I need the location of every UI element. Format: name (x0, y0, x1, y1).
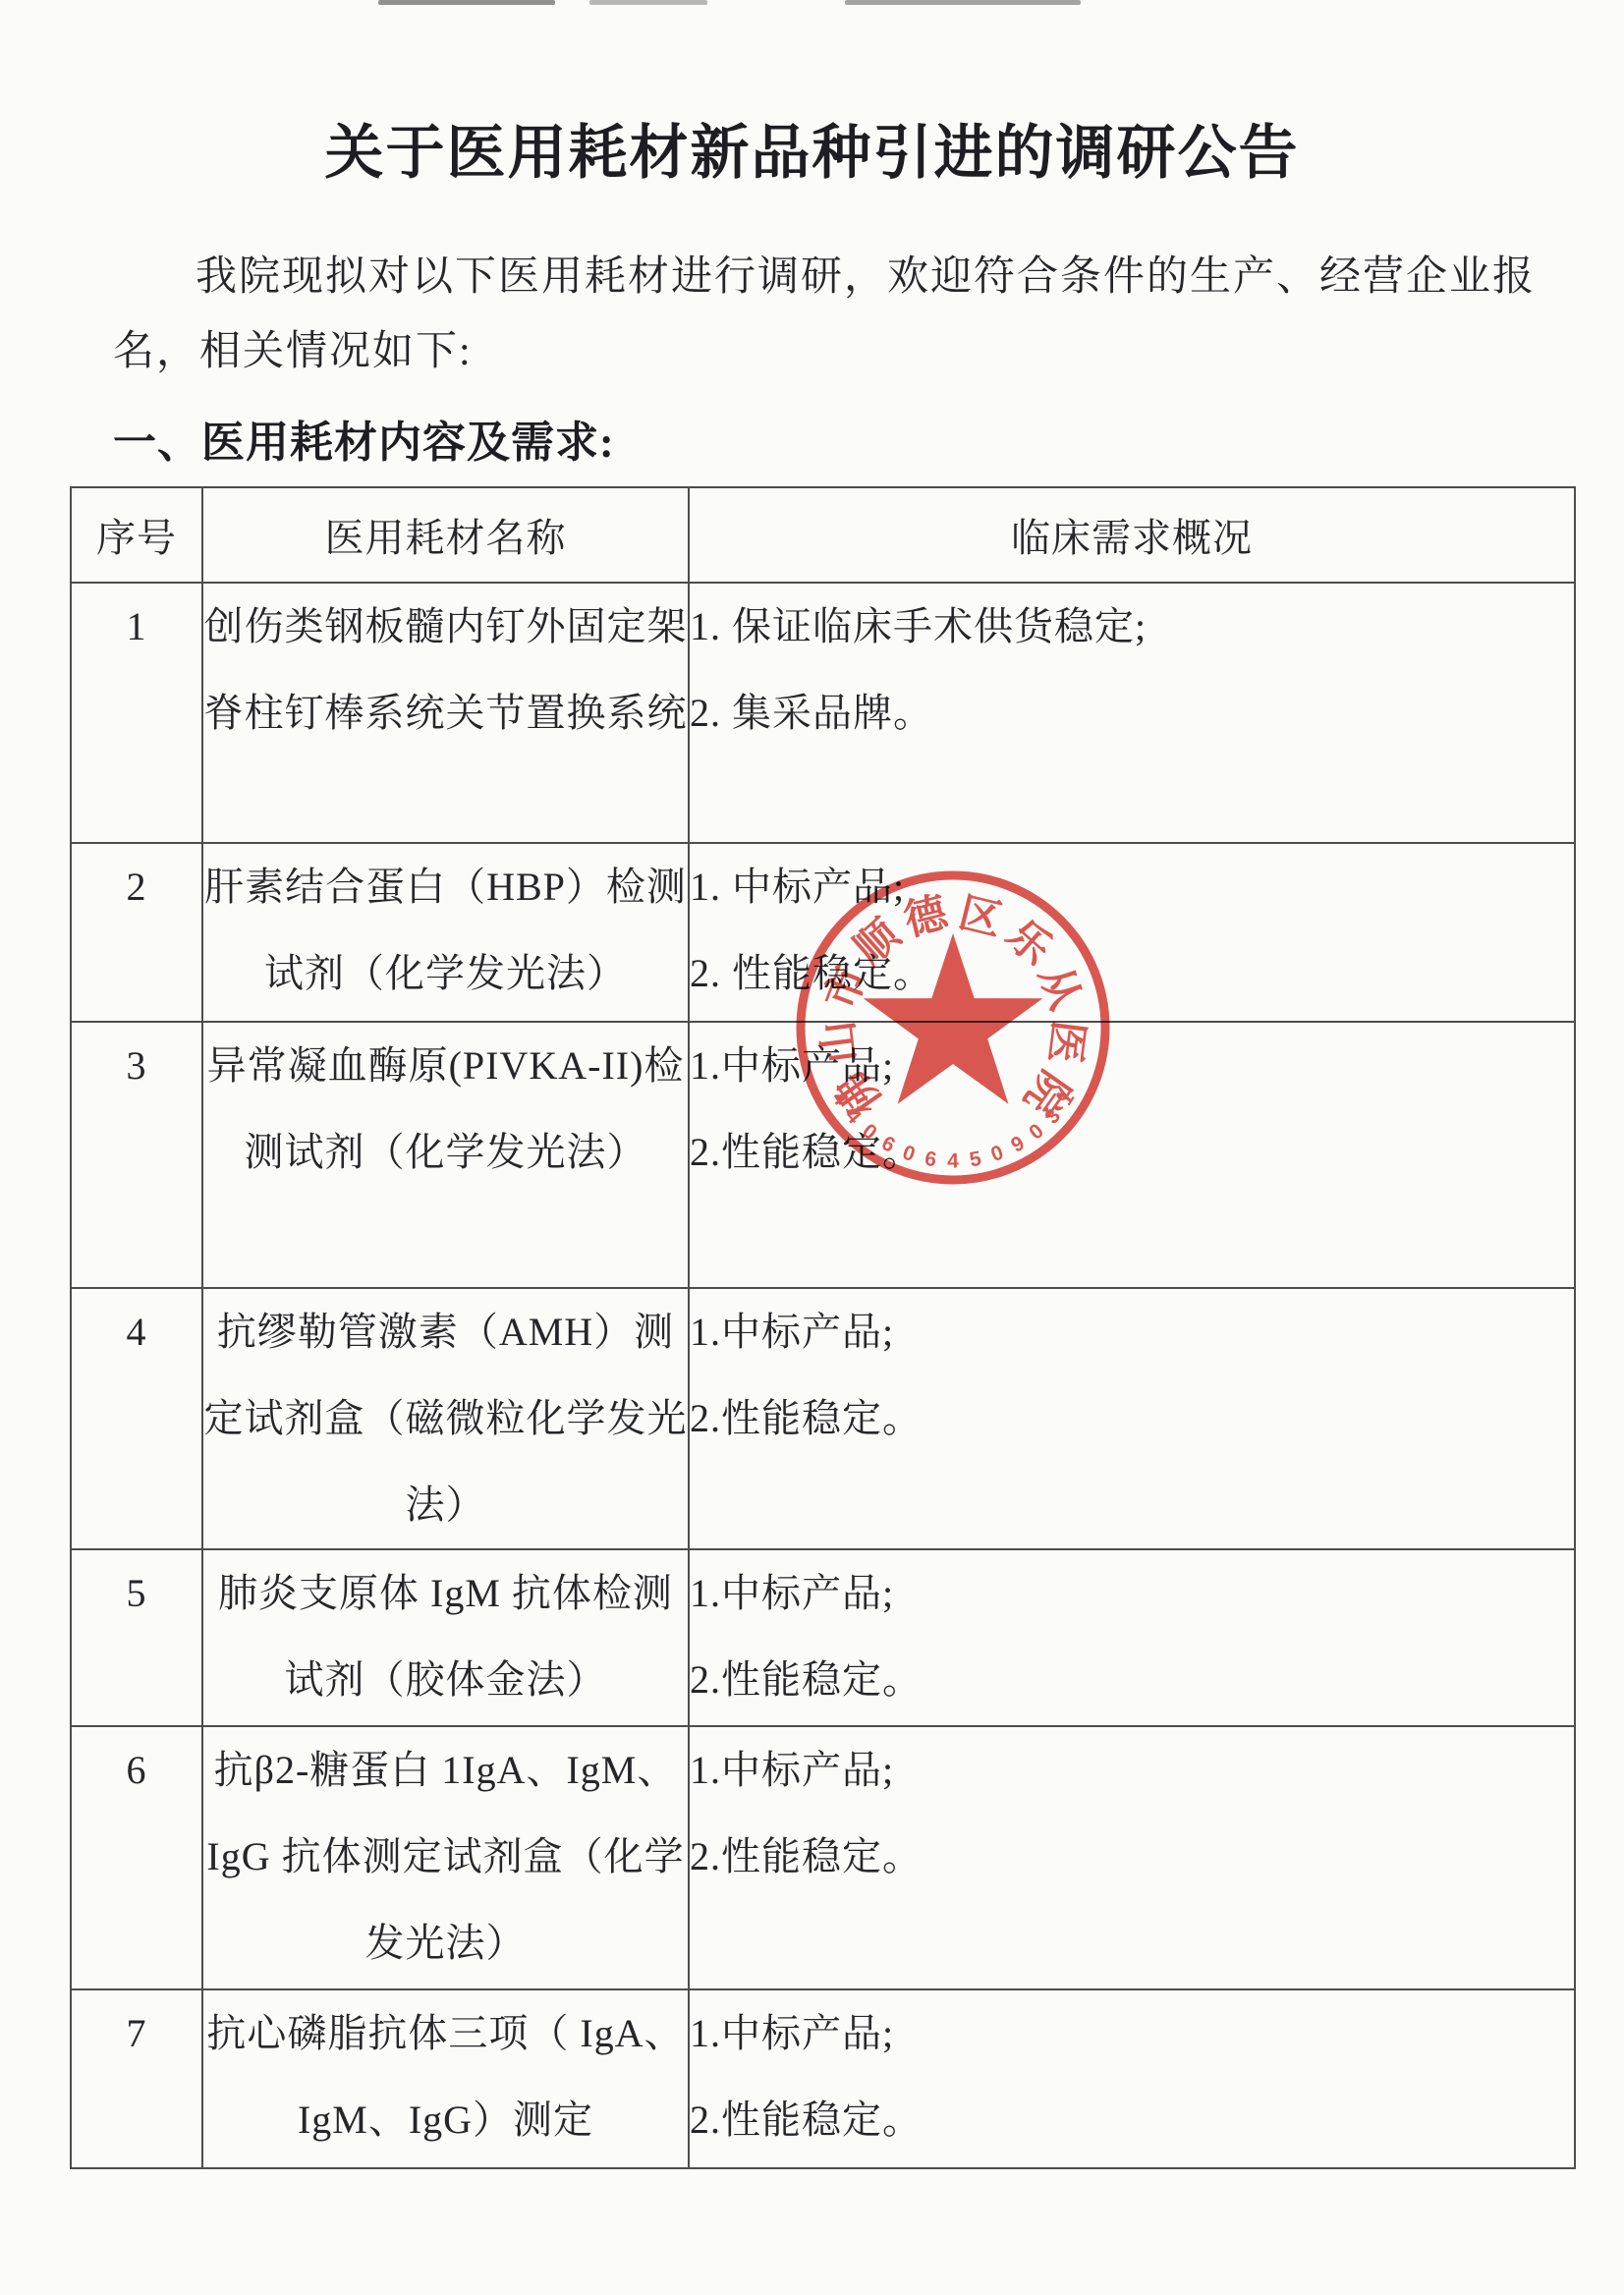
requirement-line: 2.性能稳定。 (690, 2077, 1574, 2163)
item-name: 抗心磷脂抗体三项（ IgA、IgM、IgG）测定 (202, 1989, 689, 2168)
page-title: 关于医用耗材新品种引进的调研公告 (29, 123, 1595, 185)
item-name: 肝素结合蛋白（HBP）检测试剂（化学发光法） (202, 843, 689, 1022)
requirement-line: 1.中标产品; (690, 1727, 1574, 1814)
requirement-line: 2.性能稳定。 (690, 1375, 1574, 1462)
requirement-line: 1.中标产品; (690, 1023, 1574, 1109)
requirement-line: 2.性能稳定。 (690, 1637, 1574, 1723)
row-number: 1 (71, 583, 202, 843)
header-clinical-demand: 临床需求概况 (689, 487, 1575, 583)
clinical-requirements: 1.中标产品;2.性能稳定。 (689, 1022, 1575, 1288)
row-number: 4 (71, 1288, 202, 1549)
scan-artifact (0, 0, 1624, 8)
table-row: 2肝素结合蛋白（HBP）检测试剂（化学发光法）1. 中标产品;2. 性能稳定。 (71, 843, 1575, 1022)
table-row: 3异常凝血酶原(PIVKA-II)检测试剂（化学发光法）1.中标产品;2.性能稳… (71, 1022, 1575, 1288)
table-header: 序号 医用耗材名称 临床需求概况 (71, 487, 1575, 583)
item-name: 异常凝血酶原(PIVKA-II)检测试剂（化学发光法） (202, 1022, 689, 1288)
clinical-requirements: 1.中标产品;2.性能稳定。 (689, 1288, 1575, 1549)
scanned-announcement-page: { "page": { "title": "关于医用耗材新品种引进的调研公告",… (0, 0, 1624, 2295)
requirement-line: 1. 保证临床手术供货稳定; (690, 584, 1574, 670)
item-name: 肺炎支原体 IgM 抗体检测试剂（胶体金法） (202, 1549, 689, 1726)
table-row: 6抗β2-糖蛋白 1IgA、IgM、IgG 抗体测定试剂盒（化学发光法）1.中标… (71, 1726, 1575, 1989)
table-row: 4抗缪勒管激素（AMH）测定试剂盒（磁微粒化学发光法）1.中标产品;2.性能稳定… (71, 1288, 1575, 1549)
row-number: 2 (71, 843, 202, 1022)
requirement-line: 2. 性能稳定。 (690, 930, 1574, 1017)
table-row: 5肺炎支原体 IgM 抗体检测试剂（胶体金法）1.中标产品;2.性能稳定。 (71, 1549, 1575, 1726)
requirement-line: 2. 集采品牌。 (690, 670, 1574, 756)
section-heading: 一、医用耗材内容及需求: (113, 419, 1624, 469)
header-seq: 序号 (71, 487, 202, 583)
requirement-line: 1. 中标产品; (690, 844, 1574, 930)
consumables-table-body: 1创伤类钢板髓内钉外固定架脊柱钉棒系统关节置换系统1. 保证临床手术供货稳定;2… (71, 583, 1575, 2168)
item-name: 创伤类钢板髓内钉外固定架脊柱钉棒系统关节置换系统 (202, 583, 689, 843)
requirement-line: 1.中标产品; (690, 1289, 1574, 1375)
intro-paragraph: 我院现拟对以下医用耗材进行调研，欢迎符合条件的生产、经营企业报名，相关情况如下: (113, 240, 1545, 389)
clinical-requirements: 1.中标产品;2.性能稳定。 (689, 1989, 1575, 2168)
clinical-requirements: 1.中标产品;2.性能稳定。 (689, 1726, 1575, 1989)
row-number: 7 (71, 1989, 202, 2168)
clinical-requirements: 1.中标产品;2.性能稳定。 (689, 1549, 1575, 1726)
requirement-line: 1.中标产品; (690, 1550, 1574, 1637)
requirement-line: 1.中标产品; (690, 1990, 1574, 2077)
clinical-requirements: 1. 中标产品;2. 性能稳定。 (689, 843, 1575, 1022)
item-name: 抗缪勒管激素（AMH）测定试剂盒（磁微粒化学发光法） (202, 1288, 689, 1549)
row-number: 5 (71, 1549, 202, 1726)
row-number: 3 (71, 1022, 202, 1288)
row-number: 6 (71, 1726, 202, 1989)
requirement-line: 2.性能稳定。 (690, 1109, 1574, 1196)
item-name: 抗β2-糖蛋白 1IgA、IgM、IgG 抗体测定试剂盒（化学发光法） (202, 1726, 689, 1989)
requirement-line: 2.性能稳定。 (690, 1814, 1574, 1900)
consumables-table: 序号 医用耗材名称 临床需求概况 1创伤类钢板髓内钉外固定架脊柱钉棒系统关节置换… (70, 486, 1576, 2169)
table-row: 1创伤类钢板髓内钉外固定架脊柱钉棒系统关节置换系统1. 保证临床手术供货稳定;2… (71, 583, 1575, 843)
clinical-requirements: 1. 保证临床手术供货稳定;2. 集采品牌。 (689, 583, 1575, 843)
table-row: 7抗心磷脂抗体三项（ IgA、IgM、IgG）测定1.中标产品;2.性能稳定。 (71, 1989, 1575, 2168)
header-item-name: 医用耗材名称 (202, 487, 689, 583)
